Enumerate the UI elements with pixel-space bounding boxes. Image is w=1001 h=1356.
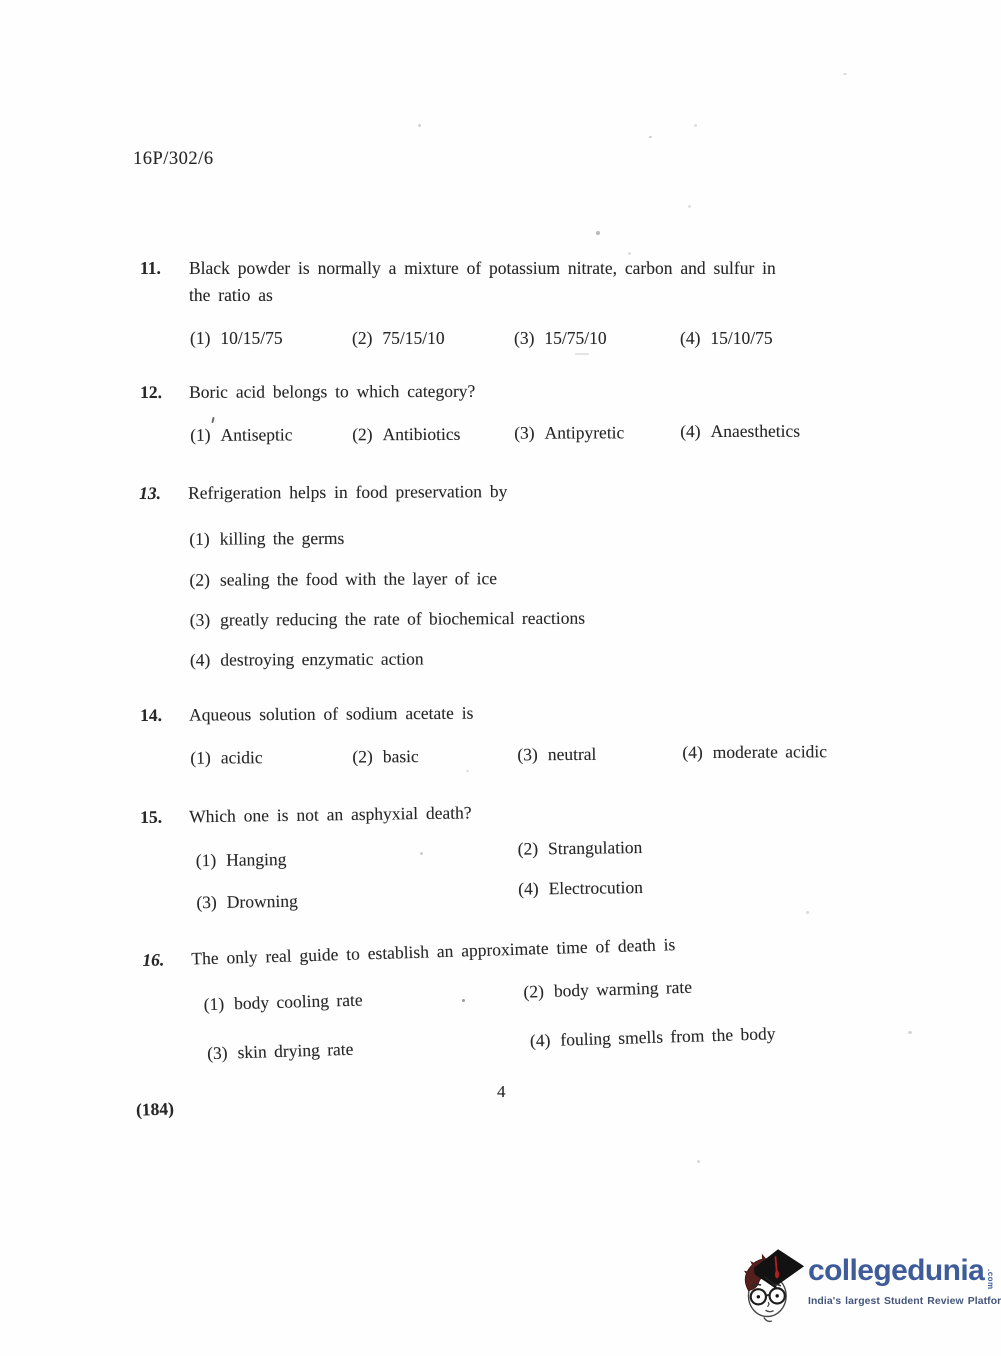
option-text: Anaesthetics bbox=[711, 421, 800, 441]
option-1: (1)body cooling rate bbox=[203, 986, 363, 1018]
option-text: Antiseptic bbox=[221, 424, 293, 444]
option-text: Antipyretic bbox=[545, 422, 625, 442]
option-2: (2)basic bbox=[352, 743, 419, 771]
scan-speck bbox=[462, 999, 465, 1002]
logo-tagline: India's largest Student Review Platform bbox=[808, 1296, 1001, 1307]
question-head: 15. Which one is not an asphyxial death? bbox=[140, 794, 840, 831]
question-text-line: Boric acid belongs to which category? bbox=[189, 378, 475, 406]
question-text: Black powder is normally a mixture of po… bbox=[189, 255, 776, 309]
question-head: 13. Refrigeration helps in food preserva… bbox=[139, 476, 889, 507]
scan-speck bbox=[420, 852, 423, 855]
option-label: (2) bbox=[352, 325, 372, 352]
option-text: Electrocution bbox=[548, 877, 643, 898]
question-number: 13. bbox=[139, 480, 188, 507]
question-14: 14. Aqueous solution of sodium acetate i… bbox=[140, 697, 900, 729]
option-text: greatly reducing the rate of biochemical… bbox=[220, 608, 585, 630]
question-text: Boric acid belongs to which category? bbox=[189, 378, 475, 406]
option-3: (3)greatly reducing the rate of biochemi… bbox=[190, 605, 585, 634]
option-label: (3) bbox=[207, 1040, 228, 1068]
logo-tld-text: .com bbox=[986, 1269, 994, 1290]
scan-speck bbox=[697, 1160, 700, 1163]
logo-brand-row: collegedunia .com bbox=[808, 1256, 1001, 1290]
scanned-exam-page: 16P/302/6 11. Black powder is normally a… bbox=[0, 0, 1001, 1356]
option-text: basic bbox=[383, 746, 419, 766]
question-text-line: Black powder is normally a mixture of po… bbox=[189, 255, 776, 282]
scan-speck bbox=[649, 136, 652, 138]
option-label: (4) bbox=[530, 1027, 551, 1055]
option-label: (2) bbox=[352, 421, 373, 448]
option-label: (4) bbox=[682, 739, 703, 766]
option-label: (2) bbox=[189, 567, 210, 594]
option-1: (1)Antiseptic bbox=[190, 421, 292, 448]
booklet-code: (184) bbox=[136, 1098, 175, 1120]
scan-speck bbox=[843, 73, 847, 75]
question-text-line: Refrigeration helps in food preservation… bbox=[188, 478, 507, 507]
option-label: (1) bbox=[196, 847, 217, 874]
option-text: Antibiotics bbox=[383, 424, 461, 444]
question-head: 16. The only real guide to establish an … bbox=[142, 924, 902, 974]
option-text: body warming rate bbox=[554, 977, 693, 1001]
question-number: 14. bbox=[140, 702, 189, 729]
question-number: 15. bbox=[140, 803, 189, 831]
scan-speck bbox=[575, 353, 589, 355]
question-text: Refrigeration helps in food preservation… bbox=[188, 478, 507, 507]
question-head: 14. Aqueous solution of sodium acetate i… bbox=[140, 697, 900, 729]
option-label: (4) bbox=[518, 875, 539, 902]
question-12: 12. Boric acid belongs to which category… bbox=[140, 376, 890, 406]
question-head: 11. Black powder is normally a mixture o… bbox=[140, 255, 890, 309]
question-text-line: Aqueous solution of sodium acetate is bbox=[189, 700, 474, 729]
option-1: (1)killing the germs bbox=[189, 525, 344, 553]
option-label: (1) bbox=[203, 991, 224, 1019]
option-3: (3)skin drying rate bbox=[207, 1036, 354, 1067]
option-2: (2)Antibiotics bbox=[352, 421, 460, 449]
option-text: moderate acidic bbox=[713, 741, 827, 762]
option-label: (3) bbox=[514, 325, 534, 352]
paper-code: 16P/302/6 bbox=[133, 149, 214, 170]
option-label: (4) bbox=[680, 418, 701, 445]
option-label: (2) bbox=[517, 835, 538, 862]
option-4: (4)moderate acidic bbox=[682, 738, 827, 766]
option-3: (3)Antipyretic bbox=[514, 419, 624, 447]
option-4: (4)destroying enzymatic action bbox=[190, 646, 424, 674]
option-label: (1) bbox=[190, 325, 210, 352]
option-3: (3)neutral bbox=[517, 741, 596, 769]
option-text: body cooling rate bbox=[234, 989, 363, 1013]
question-13: 13. Refrigeration helps in food preserva… bbox=[139, 476, 889, 507]
option-label: (3) bbox=[196, 889, 217, 916]
option-text: destroying enzymatic action bbox=[220, 649, 423, 670]
question-text: Aqueous solution of sodium acetate is bbox=[189, 700, 474, 729]
option-4: (4)Anaesthetics bbox=[680, 418, 800, 446]
scan-speck bbox=[806, 911, 809, 914]
question-number: 11. bbox=[140, 255, 189, 282]
logo-brand-text: collegedunia bbox=[808, 1256, 984, 1286]
question-number: 12. bbox=[140, 379, 189, 406]
option-text: 15/10/75 bbox=[710, 328, 772, 348]
question-text: Which one is not an asphyxial death? bbox=[189, 799, 472, 830]
scan-speck bbox=[688, 205, 691, 208]
option-label: (3) bbox=[514, 420, 535, 447]
option-text: Hanging bbox=[226, 849, 287, 870]
option-text: neutral bbox=[548, 744, 597, 764]
page-number: 4 bbox=[497, 1082, 506, 1102]
option-label: (1) bbox=[190, 422, 211, 449]
option-label: (2) bbox=[523, 978, 544, 1006]
scan-speck bbox=[418, 124, 421, 127]
question-11: 11. Black powder is normally a mixture o… bbox=[140, 255, 890, 309]
question-text-line: Which one is not an asphyxial death? bbox=[189, 799, 472, 830]
question-head: 12. Boric acid belongs to which category… bbox=[140, 376, 890, 406]
option-text: acidic bbox=[221, 747, 263, 767]
option-4: (4)15/10/75 bbox=[680, 325, 773, 352]
scan-speck bbox=[908, 1031, 912, 1034]
option-text: fouling smells from the body bbox=[560, 1023, 776, 1049]
option-label: (3) bbox=[517, 741, 538, 768]
collegedunia-logo: collegedunia .com India's largest Studen… bbox=[735, 1243, 1001, 1329]
option-2: (2)body warming rate bbox=[523, 974, 692, 1006]
scan-speck bbox=[694, 124, 697, 127]
question-15: 15. Which one is not an asphyxial death?… bbox=[140, 794, 840, 831]
option-3: (3)Drowning bbox=[196, 888, 298, 917]
scan-speck bbox=[596, 231, 600, 235]
option-3: (3)15/75/10 bbox=[514, 325, 607, 352]
option-2: (2)75/15/10 bbox=[352, 325, 445, 352]
option-label: (4) bbox=[190, 647, 211, 674]
option-text: 15/75/10 bbox=[544, 328, 606, 348]
option-text: skin drying rate bbox=[237, 1039, 353, 1062]
scan-speck bbox=[628, 252, 631, 255]
option-2: (2)Strangulation bbox=[517, 834, 642, 863]
option-text: Strangulation bbox=[548, 837, 643, 858]
option-1: (1)acidic bbox=[190, 744, 262, 772]
option-label: (4) bbox=[680, 325, 700, 352]
option-text: killing the germs bbox=[220, 528, 345, 549]
question-16: 16. The only real guide to establish an … bbox=[142, 924, 902, 974]
option-2: (2)sealing the food with the layer of ic… bbox=[189, 565, 497, 594]
question-text-line: the ratio as bbox=[189, 282, 776, 309]
option-label: (1) bbox=[189, 526, 210, 553]
logo-text: collegedunia .com India's largest Studen… bbox=[808, 1256, 1001, 1307]
option-text: 10/15/75 bbox=[220, 328, 282, 348]
option-4: (4)fouling smells from the body bbox=[530, 1020, 776, 1054]
option-text: Drowning bbox=[227, 891, 298, 912]
option-label: (2) bbox=[352, 743, 373, 770]
scan-speck bbox=[466, 770, 469, 772]
option-1: (1)Hanging bbox=[196, 846, 287, 874]
question-text-line: The only real guide to establish an appr… bbox=[191, 931, 676, 972]
option-label: (3) bbox=[190, 607, 211, 634]
option-4: (4)Electrocution bbox=[518, 874, 643, 903]
question-number: 16. bbox=[142, 946, 192, 975]
option-text: sealing the food with the layer of ice bbox=[220, 568, 497, 589]
question-text: The only real guide to establish an appr… bbox=[191, 931, 676, 972]
option-label: (1) bbox=[190, 745, 211, 772]
collegedunia-mascot-icon bbox=[735, 1243, 805, 1329]
option-text: 75/15/10 bbox=[382, 328, 444, 348]
option-1: (1)10/15/75 bbox=[190, 325, 283, 352]
